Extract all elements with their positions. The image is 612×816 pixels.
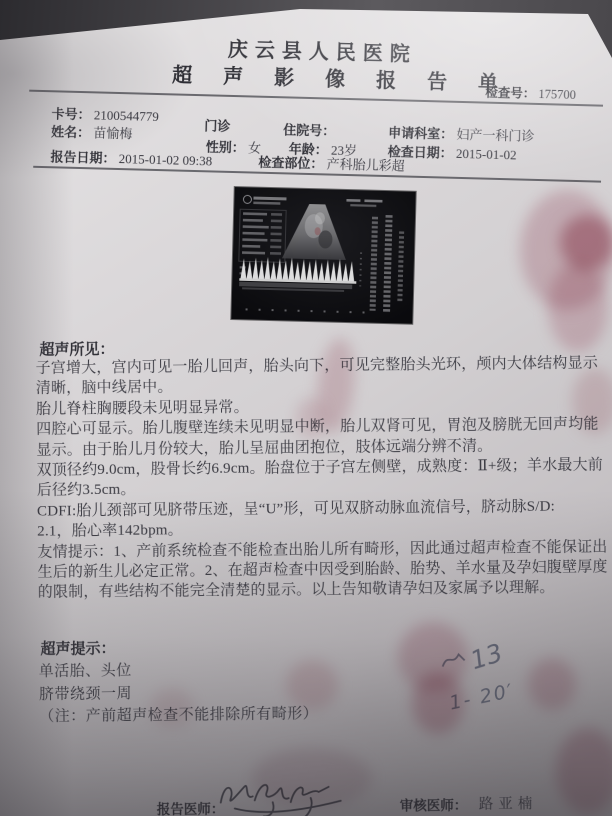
inpatient-number-label: 住院号： [283, 119, 335, 139]
impression-text: 单活胎、头位 脐带绕颈一周 （注：产前超声检查不能排除所有畸形） [39, 658, 319, 728]
name-label: 姓名： [51, 124, 90, 140]
doppler-waveform [239, 256, 357, 292]
findings-line: CDFI:胎儿颈部可见脐带压迹，呈“U”形，可见双脐动脉血流信号，脐动脉S/D: [37, 496, 597, 522]
card-number-field: 卡号： 2100544779 [51, 103, 159, 125]
findings-line: 双顶径约9.0cm，股骨长约6.9cm。胎盘位于子宫左侧壁，成熟度：Ⅱ+级；羊水… [36, 455, 596, 481]
report-date-field: 报告日期： 2015-01-02 09:38 [50, 146, 212, 169]
pink-stain [286, 660, 338, 710]
report-date-label: 报告日期： [50, 149, 115, 166]
bottom-scale-ticks [246, 308, 365, 313]
exam-date-label: 检查日期： [388, 144, 453, 161]
pink-stain [548, 262, 608, 352]
exam-date-value: 2015-01-02 [456, 146, 517, 163]
impression-line-2: 脐带绕颈一周 [39, 680, 318, 705]
exam-number: 检查号： 175700 [485, 83, 576, 103]
visit-type: 门诊 [204, 115, 231, 135]
machine-header-text [253, 197, 382, 208]
name-value: 苗愉梅 [93, 125, 132, 141]
card-number-label: 卡号： [51, 106, 90, 122]
scan-background [231, 187, 415, 324]
exam-date-field: 检查日期： 2015-01-02 [388, 141, 517, 163]
findings-line: 后径约3.5cm。 [37, 476, 597, 502]
handwritten-note-1: 13 [467, 638, 506, 675]
ultrasound-scan-graphic [231, 187, 415, 324]
pink-stain [412, 672, 464, 734]
report-doctor-signature [215, 772, 347, 816]
findings-line: 显示。由于胎儿月份较大，胎儿呈屈曲团抱位，肢体远端分辨不清。 [36, 435, 596, 461]
review-doctor-label: 审核医师： [400, 794, 468, 814]
findings-text: 子宫增大，宫内可见一胎儿回声，胎头向下，可见完整胎头光环，颅内大体结构显示 清晰… [36, 353, 598, 603]
findings-line: 清晰，脑中线居中。 [36, 374, 596, 400]
report-doctor-label: 报告医师： [157, 798, 225, 816]
light-glare [0, 0, 612, 816]
header-section: 庆云县人民医院 超 声 影 像 报 告 单 检查号： 175700 卡号： 21… [0, 0, 612, 816]
pink-stain [528, 658, 576, 710]
findings-line: 四腔心可显示。胎儿腹壁连续未见明显中断，胎儿双肾可见，胃泡及膀胱无回声均能 [36, 414, 596, 440]
pink-stain [252, 748, 372, 808]
findings-line: 2.1，胎心率142bpm。 [37, 516, 597, 542]
pink-stain [520, 190, 612, 310]
department-value: 妇产一科门诊 [456, 127, 534, 144]
report-title: 超 声 影 像 报 告 单 [22, 54, 612, 99]
pink-stain [150, 688, 194, 728]
exam-number-value: 175700 [538, 87, 576, 102]
patient-info-divider [33, 166, 601, 182]
scan-fan [282, 203, 347, 260]
photo-background: 庆云县人民医院 超 声 影 像 报 告 单 检查号： 175700 卡号： 21… [0, 0, 612, 816]
department-label: 申请科室： [388, 125, 453, 142]
gender-value: 女 [248, 140, 261, 155]
findings-heading: 超声所见： [39, 338, 114, 360]
pink-stain [560, 215, 612, 270]
name-field: 姓名： 苗愉梅 [51, 121, 133, 142]
gender-label: 性别： [206, 139, 245, 155]
department-field: 申请科室： 妇产一科门诊 [388, 122, 535, 145]
findings-section: 超声所见： 子宫增大，宫内可见一胎儿回声，胎头向下，可见完整胎头光环，颅内大体结… [0, 0, 612, 816]
pink-stains [0, 0, 612, 816]
impression-section: 超声提示： 单活胎、头位 脐带绕颈一周 （注：产前超声检查不能排除所有畸形） 1… [0, 0, 612, 816]
exam-part-field: 检查部位： 产科胎儿彩超 [258, 152, 405, 175]
handwritten-mark-icon [439, 648, 469, 672]
footer-section: 报告医师： 审核医师： 路亚楠 [0, 0, 612, 816]
pink-stain [296, 398, 326, 438]
hospital-name: 庆云县人民医院 [9, 27, 612, 72]
findings-line: 生后的新生儿必定正常。2、在超声检查中因受到胎龄、胎势、羊水量及孕妇腹壁厚度 [37, 557, 597, 583]
left-edge-shadow [0, 0, 612, 816]
pink-stain [313, 336, 359, 434]
ultrasound-image [231, 187, 415, 324]
age-field: 年龄： 23岁 [289, 138, 358, 159]
handwritten-note-2: 1- 20′ [447, 680, 516, 715]
pink-stain [572, 368, 612, 434]
findings-line: 友情提示：1、产前系统检查不能检查出胎儿所有畸形，因此通过超声检查不能保证出 [37, 537, 597, 563]
exam-part-label: 检查部位： [258, 155, 323, 172]
gender-field: 性别： 女 [206, 136, 262, 156]
age-value: 23岁 [331, 143, 357, 159]
review-doctor-name: 路亚楠 [479, 792, 538, 813]
impression-line-3: （注：产前超声检查不能排除所有畸形） [39, 703, 318, 728]
pink-stain [556, 728, 612, 814]
report-paper: 庆云县人民医院 超 声 影 像 报 告 单 检查号： 175700 卡号： 21… [0, 0, 612, 816]
card-number-value: 2100544779 [94, 107, 159, 124]
pink-stain [398, 622, 468, 692]
findings-line: 胎儿脊柱胸腰段未见明显异常。 [36, 394, 596, 420]
findings-line: 子宫增大，宫内可见一胎儿回声，胎头向下，可见完整胎头光环，颅内大体结构显示 [36, 353, 596, 379]
findings-line: 的限制，有些结构不能完全清楚的显示。以上告知敬请孕妇及家属予以理解。 [38, 578, 598, 604]
impression-line-1: 单活胎、头位 [39, 658, 318, 683]
right-readout-columns [360, 214, 403, 313]
exam-part-value: 产科胎儿彩超 [326, 156, 404, 173]
bottom-shadow [0, 0, 612, 816]
impression-heading: 超声提示： [40, 637, 115, 659]
corner-shadow [0, 0, 612, 816]
machine-logo-icon [243, 195, 251, 203]
exam-number-label: 检查号： [485, 86, 535, 101]
header-divider [29, 90, 603, 107]
report-date-value: 2015-01-02 09:38 [119, 151, 213, 168]
age-label: 年龄： [289, 141, 328, 157]
measurement-menu [238, 209, 286, 281]
